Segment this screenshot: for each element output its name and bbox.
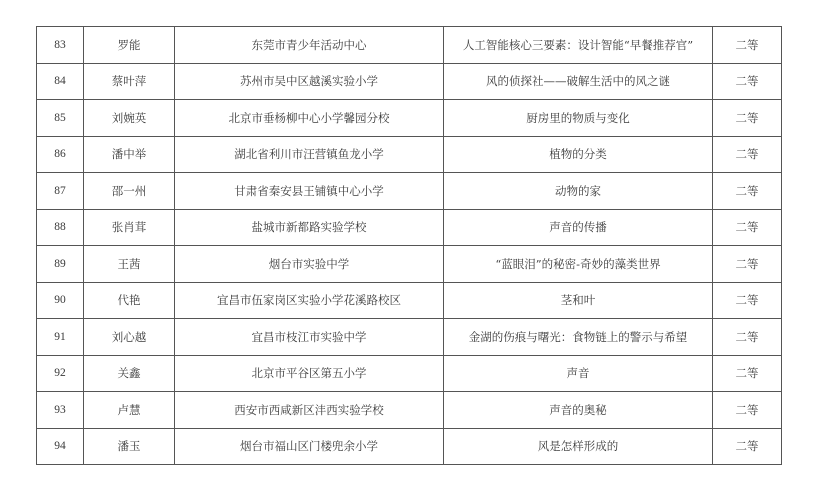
participant-name-cell: 关鑫: [84, 355, 175, 392]
participant-name-cell: 邵一州: [84, 173, 175, 210]
school-name-cell: 北京市平谷区第五小学: [175, 355, 444, 392]
participant-name-cell: 刘心越: [84, 319, 175, 356]
awards-table: 83罗能东莞市青少年活动中心人工智能核心三要素：设计智能“早餐推荐官”二等84蔡…: [36, 26, 782, 465]
entry-title-cell: 风是怎样形成的: [444, 428, 713, 465]
entry-title-cell: 植物的分类: [444, 136, 713, 173]
award-grade-cell: 二等: [713, 282, 782, 319]
award-grade-cell: 二等: [713, 136, 782, 173]
row-number-cell: 92: [37, 355, 84, 392]
school-name-cell: 西安市西咸新区沣西实验学校: [175, 392, 444, 429]
table-row: 83罗能东莞市青少年活动中心人工智能核心三要素：设计智能“早餐推荐官”二等: [37, 27, 782, 64]
award-grade-cell: 二等: [713, 428, 782, 465]
participant-name-cell: 潘玉: [84, 428, 175, 465]
row-number-cell: 85: [37, 100, 84, 137]
table-row: 87邵一州甘肃省秦安县王铺镇中心小学动物的家二等: [37, 173, 782, 210]
award-grade-cell: 二等: [713, 27, 782, 64]
awards-table-body: 83罗能东莞市青少年活动中心人工智能核心三要素：设计智能“早餐推荐官”二等84蔡…: [37, 27, 782, 465]
award-grade-cell: 二等: [713, 392, 782, 429]
entry-title-cell: 动物的家: [444, 173, 713, 210]
entry-title-cell: 声音: [444, 355, 713, 392]
row-number-cell: 87: [37, 173, 84, 210]
table-row: 91刘心越宜昌市枝江市实验中学金湖的伤痕与曙光：食物链上的警示与希望二等: [37, 319, 782, 356]
school-name-cell: 北京市垂杨柳中心小学馨园分校: [175, 100, 444, 137]
school-name-cell: 盐城市新都路实验学校: [175, 209, 444, 246]
award-grade-cell: 二等: [713, 173, 782, 210]
table-row: 92关鑫北京市平谷区第五小学声音二等: [37, 355, 782, 392]
entry-title-cell: 人工智能核心三要素：设计智能“早餐推荐官”: [444, 27, 713, 64]
row-number-cell: 86: [37, 136, 84, 173]
participant-name-cell: 罗能: [84, 27, 175, 64]
school-name-cell: 宜昌市枝江市实验中学: [175, 319, 444, 356]
school-name-cell: 东莞市青少年活动中心: [175, 27, 444, 64]
school-name-cell: 湖北省利川市汪营镇鱼龙小学: [175, 136, 444, 173]
award-grade-cell: 二等: [713, 355, 782, 392]
participant-name-cell: 蔡叶萍: [84, 63, 175, 100]
row-number-cell: 84: [37, 63, 84, 100]
entry-title-cell: 金湖的伤痕与曙光：食物链上的警示与希望: [444, 319, 713, 356]
award-grade-cell: 二等: [713, 63, 782, 100]
school-name-cell: 苏州市吴中区越溪实验小学: [175, 63, 444, 100]
participant-name-cell: 潘中举: [84, 136, 175, 173]
table-row: 88张肖茸盐城市新都路实验学校声音的传播二等: [37, 209, 782, 246]
row-number-cell: 93: [37, 392, 84, 429]
award-grade-cell: 二等: [713, 209, 782, 246]
entry-title-cell: “蓝眼泪”的秘密-奇妙的藻类世界: [444, 246, 713, 283]
entry-title-cell: 茎和叶: [444, 282, 713, 319]
entry-title-cell: 声音的传播: [444, 209, 713, 246]
row-number-cell: 83: [37, 27, 84, 64]
participant-name-cell: 刘婉英: [84, 100, 175, 137]
award-grade-cell: 二等: [713, 319, 782, 356]
school-name-cell: 烟台市福山区门楼兜余小学: [175, 428, 444, 465]
participant-name-cell: 代艳: [84, 282, 175, 319]
school-name-cell: 烟台市实验中学: [175, 246, 444, 283]
table-row: 94潘玉烟台市福山区门楼兜余小学风是怎样形成的二等: [37, 428, 782, 465]
school-name-cell: 宜昌市伍家岗区实验小学花溪路校区: [175, 282, 444, 319]
entry-title-cell: 风的侦探社——破解生活中的风之谜: [444, 63, 713, 100]
row-number-cell: 89: [37, 246, 84, 283]
table-row: 85刘婉英北京市垂杨柳中心小学馨园分校厨房里的物质与变化二等: [37, 100, 782, 137]
school-name-cell: 甘肃省秦安县王铺镇中心小学: [175, 173, 444, 210]
row-number-cell: 90: [37, 282, 84, 319]
entry-title-cell: 厨房里的物质与变化: [444, 100, 713, 137]
entry-title-cell: 声音的奥秘: [444, 392, 713, 429]
table-row: 84蔡叶萍苏州市吴中区越溪实验小学风的侦探社——破解生活中的风之谜二等: [37, 63, 782, 100]
table-row: 93卢慧西安市西咸新区沣西实验学校声音的奥秘二等: [37, 392, 782, 429]
table-row: 90代艳宜昌市伍家岗区实验小学花溪路校区茎和叶二等: [37, 282, 782, 319]
award-grade-cell: 二等: [713, 246, 782, 283]
row-number-cell: 91: [37, 319, 84, 356]
row-number-cell: 94: [37, 428, 84, 465]
row-number-cell: 88: [37, 209, 84, 246]
award-grade-cell: 二等: [713, 100, 782, 137]
participant-name-cell: 卢慧: [84, 392, 175, 429]
table-row: 89王茜烟台市实验中学“蓝眼泪”的秘密-奇妙的藻类世界二等: [37, 246, 782, 283]
participant-name-cell: 王茜: [84, 246, 175, 283]
participant-name-cell: 张肖茸: [84, 209, 175, 246]
table-row: 86潘中举湖北省利川市汪营镇鱼龙小学植物的分类二等: [37, 136, 782, 173]
